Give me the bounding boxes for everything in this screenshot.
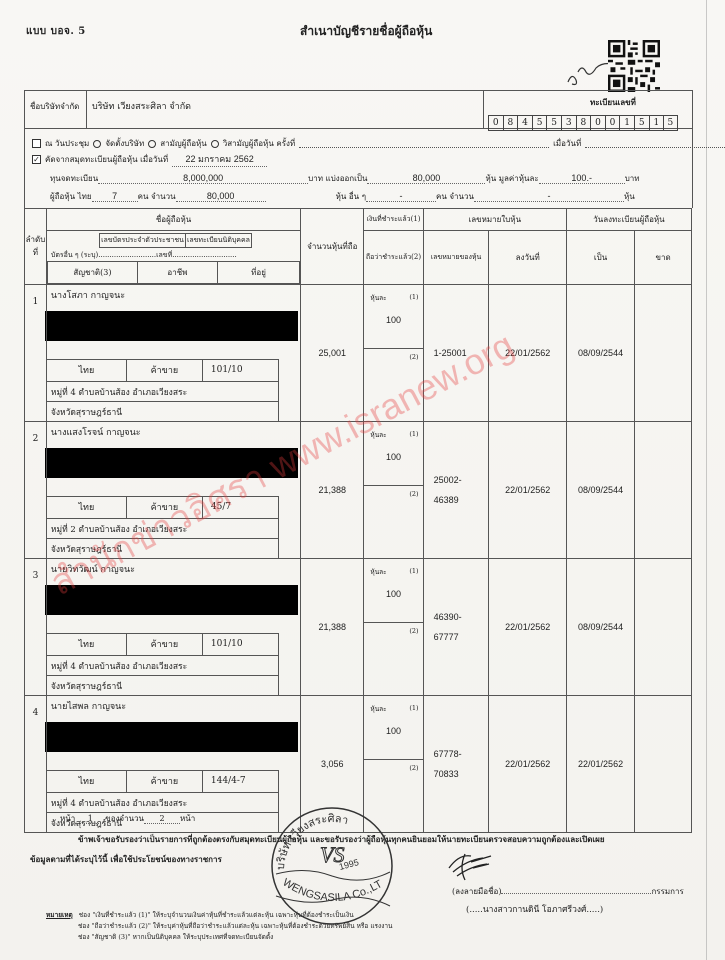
address-line-2: จังหวัดสุราษฎร์ธานี xyxy=(47,401,279,421)
radio-founding-label: จัดตั้งบริษัท xyxy=(105,137,144,150)
row-number: 2 xyxy=(25,421,47,558)
other-id-label: บัตรอื่น ๆ (ระบุ).......................… xyxy=(51,250,300,261)
id-type-juristic[interactable]: เลขทะเบียนนิติบุคคล xyxy=(185,233,252,248)
shareholder-table: ลำดับที่ ชื่อผู้ถือหุ้น จำนวนหุ้นที่ถือ … xyxy=(24,208,692,833)
house-number: 101/10 xyxy=(203,634,279,655)
address-line-2: จังหวัดสุราษฎร์ธานี xyxy=(47,675,279,695)
holder-details: ไทย ค้าขาย 101/10 xyxy=(47,633,279,655)
divider xyxy=(24,90,25,208)
radio-extraordinary[interactable] xyxy=(211,140,219,148)
registration-digit: 0 xyxy=(605,115,620,131)
signature-field xyxy=(501,893,651,894)
note-ref-1: (1) xyxy=(409,567,418,575)
par-value: 100.- xyxy=(539,173,625,184)
registration-digit: 8 xyxy=(576,115,591,131)
col-reg-group: วันลงทะเบียนผู้ถือหุ้น xyxy=(566,209,691,231)
col-ceased: ขาด xyxy=(635,231,692,285)
col-cert-date: ลงวันที่ xyxy=(489,231,566,285)
registered-date: 08/09/2544 xyxy=(566,284,634,421)
persons-amount-label: คน จำนวน xyxy=(138,190,176,203)
registration-digit: 1 xyxy=(649,115,664,131)
meeting-date-label: เมื่อวันที่ xyxy=(553,137,581,150)
holder-cell: นางโสภา กาญจนะ ไทย ค้าขาย 101/10 หมู่ที่… xyxy=(46,284,300,421)
registered-date: 22/01/2562 xyxy=(566,695,634,832)
ceased-date xyxy=(635,421,692,558)
baht-label: บาท xyxy=(625,172,640,185)
paid-value: 100 xyxy=(364,452,422,462)
note-ref-1: (1) xyxy=(409,704,418,712)
page-suffix: หน้า xyxy=(180,814,195,823)
reg-capital-value: 8,000,000 xyxy=(98,173,308,184)
thai-holders-label: ผู้ถือหุ้น ไทย xyxy=(50,190,92,203)
holder-name: นางโสภา กาญจนะ xyxy=(47,285,300,307)
meeting-prefix: ณ วันประชุม xyxy=(45,137,89,150)
address-line-1: หมู่ที่ 4 ตำบลบ้านส้อง อำเภอเวียงสระ xyxy=(47,792,279,812)
other-holders-label: หุ้น อื่น ๆ xyxy=(336,190,366,203)
par-label: หุ้น มูลค่าหุ้นละ xyxy=(485,172,538,185)
meeting-checkbox[interactable] xyxy=(32,139,41,148)
of-label: ของจำนวน xyxy=(105,814,144,823)
note-ref-1: (1) xyxy=(409,293,418,301)
ceased-date xyxy=(635,558,692,695)
nationality: ไทย xyxy=(47,771,127,792)
radio-extraordinary-label: วิสามัญผู้ถือหุ้น ครั้งที่ xyxy=(223,137,295,150)
col-deemed-paid: ถือว่าชำระแล้ว(2) xyxy=(364,231,423,285)
holder-cell: นางแสงโรจน์ กาญจนะ ไทย ค้าขาย 45/7 หมู่ท… xyxy=(46,421,300,558)
meeting-no-field[interactable] xyxy=(299,139,549,148)
house-number: 101/10 xyxy=(203,360,279,381)
holder-details: ไทย ค้าขาย 101/10 xyxy=(47,359,279,381)
registration-label: ทะเบียนเลขที่ xyxy=(590,96,636,109)
registration-digit: 5 xyxy=(634,115,649,131)
table-row: 2 นางแสงโรจน์ กาญจนะ ไทย ค้าขาย 45/7 หมู… xyxy=(25,421,692,558)
registered-date: 08/09/2544 xyxy=(566,421,634,558)
radio-ordinary-label: สามัญผู้ถือหุ้น xyxy=(160,137,207,150)
address-line-1: หมู่ที่ 4 ตำบลบ้านส้อง อำเภอเวียงสระ xyxy=(47,381,279,401)
thai-shares-value: 80,000 xyxy=(176,191,266,202)
address-line-1: หมู่ที่ 2 ตำบลบ้านส้อง อำเภอเวียงสระ xyxy=(47,518,279,538)
baht-divided-label: บาท แบ่งออกเป็น xyxy=(308,172,367,185)
redacted-id-block xyxy=(45,311,298,341)
table-row: 3 นายวิทวัฒน์ กาญจนะ ไทย ค้าขาย 101/10 ห… xyxy=(25,558,692,695)
divider xyxy=(24,90,692,91)
cert-date: 22/01/2562 xyxy=(489,695,566,832)
holder-details: ไทย ค้าขาย 45/7 xyxy=(47,496,279,518)
note-ref-1: (1) xyxy=(409,430,418,438)
holder-name: นางแสงโรจน์ กาญจนะ xyxy=(47,422,300,444)
shares-held: 21,388 xyxy=(301,558,364,695)
register-label: คัดจากสมุดทะเบียนผู้ถือหุ้น เมื่อวันที่ xyxy=(45,153,168,166)
shareholders-row: ผู้ถือหุ้น ไทย 7 คน จำนวน 80,000 หุ้น อื… xyxy=(50,190,635,203)
registration-digit: 3 xyxy=(561,115,576,131)
paid-prefix: หุ้นละ xyxy=(370,704,386,714)
meeting-date-field[interactable] xyxy=(585,139,725,148)
register-option-row: ✓ คัดจากสมุดทะเบียนผู้ถือหุ้น เมื่อวันที… xyxy=(32,152,267,167)
col-cert-no: เลขหมายของหุ้น xyxy=(423,231,489,285)
address-line-2: จังหวัดสุราษฎร์ธานี xyxy=(47,538,279,558)
registration-digit: 0 xyxy=(488,115,503,131)
col-cert-group: เลขหมายใบหุ้น xyxy=(423,209,566,231)
col-holder-name: ชื่อผู้ถือหุ้น xyxy=(46,209,300,231)
other-amount-label: คน จำนวน xyxy=(436,190,474,203)
registration-digit: 8 xyxy=(503,115,518,131)
paid-value: 100 xyxy=(364,589,422,599)
divider xyxy=(483,90,484,128)
address-line-1: หมู่ที่ 4 ตำบลบ้านส้อง อำเภอเวียงสระ xyxy=(47,655,279,675)
paid-cell: หุ้นละ (1) 100 (2) xyxy=(364,284,423,421)
id-type-strip: เลขบัตรประจำตัวประชาชน เลขทะเบียนนิติบุค… xyxy=(51,233,300,248)
note-ref-2: (2) xyxy=(409,764,418,772)
page-indicator: หน้า1ของจำนวน2หน้า xyxy=(60,812,195,825)
paid-prefix: หุ้นละ xyxy=(370,430,386,440)
form-code: แบบ บอจ. 5 xyxy=(26,24,86,39)
paid-value: 100 xyxy=(364,726,422,736)
register-date: 22 มกราคม 2562 xyxy=(172,152,267,167)
paid-cell: หุ้นละ (1) 100 (2) xyxy=(364,421,423,558)
register-checkbox[interactable]: ✓ xyxy=(32,155,41,164)
paid-value: 100 xyxy=(364,315,422,325)
cert-number: 1-25001 xyxy=(423,284,489,421)
house-number: 144/4-7 xyxy=(203,771,279,792)
reg-capital-label: ทุนจดทะเบียน xyxy=(50,172,98,185)
radio-ordinary[interactable] xyxy=(148,140,156,148)
registration-digit: 0 xyxy=(590,115,605,131)
registration-digit: 5 xyxy=(546,115,561,131)
notes-label: หมายเหตุ xyxy=(46,911,73,919)
registration-digit: 5 xyxy=(532,115,547,131)
holder-cell: นายวิทวัฒน์ กาญจนะ ไทย ค้าขาย 101/10 หมู… xyxy=(46,558,300,695)
redacted-id-block xyxy=(45,448,298,478)
thai-holders-value: 7 xyxy=(92,191,138,202)
company-label: ชื่อบริษัทจำกัด xyxy=(30,100,79,113)
qr-code-icon xyxy=(608,40,660,92)
registered-date: 08/09/2544 xyxy=(566,558,634,695)
holder-details: ไทย ค้าขาย 144/4-7 xyxy=(47,770,279,792)
ceased-date xyxy=(635,284,692,421)
occupation: ค้าขาย xyxy=(127,634,203,655)
radio-founding[interactable] xyxy=(93,140,101,148)
col-paid: เงินที่ชำระแล้ว(1) xyxy=(364,209,423,231)
ceased-date xyxy=(635,695,692,832)
other-holders-value: - xyxy=(366,191,436,202)
total-shares-value: 80,000 xyxy=(367,173,485,184)
paid-prefix: หุ้นละ xyxy=(370,293,386,303)
id-type-citizen[interactable]: เลขบัตรประจำตัวประชาชน xyxy=(99,233,185,248)
occupation: ค้าขาย xyxy=(127,360,203,381)
house-number: 45/7 xyxy=(203,497,279,518)
cert-date: 22/01/2562 xyxy=(489,421,566,558)
divider xyxy=(86,90,87,128)
cert-number: 67778- 70833 xyxy=(423,695,489,832)
col-occupation: อาชีพ xyxy=(137,262,217,283)
row-number: 3 xyxy=(25,558,47,695)
nationality: ไทย xyxy=(47,634,127,655)
shares-unit: หุ้น xyxy=(624,190,635,203)
total-pages: 2 xyxy=(144,814,180,824)
document-title: สำเนาบัญชีรายชื่อผู้ถือหุ้น xyxy=(300,22,432,41)
sign-label: (ลงลายมือชื่อ) xyxy=(452,887,501,896)
cert-number: 25002- 46389 xyxy=(423,421,489,558)
table-row: 1 นางโสภา กาญจนะ ไทย ค้าขาย 101/10 หมู่ท… xyxy=(25,284,692,421)
occupation: ค้าขาย xyxy=(127,497,203,518)
paid-cell: หุ้นละ (1) 100 (2) xyxy=(364,558,423,695)
sub-header: สัญชาติ(3) อาชีพ ที่อยู่ xyxy=(46,262,300,285)
signer-name: (.....นางสาวกานดินี โอภาศรีวงศ์.....) xyxy=(466,902,603,916)
registration-number: 0845538001515 xyxy=(488,115,678,131)
col-address: ที่อยู่ xyxy=(217,262,299,283)
cert-number: 46390- 67777 xyxy=(423,558,489,695)
page-label: หน้า xyxy=(60,814,75,823)
row-number: 4 xyxy=(25,695,47,832)
note-3: ช่อง "สัญชาติ (3)" หากเป็นนิติบุคคล ให้ร… xyxy=(46,932,392,943)
document-page: แบบ บอจ. 5 สำเนาบัญชีรายชื่อผู้ถือหุ้น ช… xyxy=(0,0,725,960)
cert-date: 22/01/2562 xyxy=(489,558,566,695)
holder-name: นายไสพล กาญจนะ xyxy=(47,696,300,718)
company-name: บริษัท เวียงสระศิลา จำกัด xyxy=(92,99,191,113)
redacted-id-block xyxy=(45,585,298,615)
occupation: ค้าขาย xyxy=(127,771,203,792)
director-signature-icon xyxy=(445,848,500,884)
registration-digit: 4 xyxy=(517,115,532,131)
capital-row: ทุนจดทะเบียน 8,000,000 บาท แบ่งออกเป็น 8… xyxy=(50,172,640,185)
note-ref-2: (2) xyxy=(409,353,418,361)
holder-name: นายวิทวัฒน์ กาญจนะ xyxy=(47,559,300,581)
shares-held: 25,001 xyxy=(301,284,364,421)
signer-role: กรรมการ xyxy=(651,887,683,896)
redacted-id-block xyxy=(45,722,298,752)
col-shares-held: จำนวนหุ้นที่ถือ xyxy=(301,209,364,285)
row-number: 1 xyxy=(25,284,47,421)
col-became: เป็น xyxy=(566,231,634,285)
nationality: ไทย xyxy=(47,360,127,381)
col-no: ลำดับที่ xyxy=(25,209,47,285)
shares-held: 21,388 xyxy=(301,421,364,558)
other-shares-value: - xyxy=(474,191,624,202)
note-ref-2: (2) xyxy=(409,627,418,635)
meeting-option-row: ณ วันประชุม จัดตั้งบริษัท สามัญผู้ถือหุ้… xyxy=(32,137,725,150)
id-type-row: เลขบัตรประจำตัวประชาชน เลขทะเบียนนิติบุค… xyxy=(46,231,300,262)
signature-line: (ลงลายมือชื่อ)กรรมการ xyxy=(452,885,684,898)
page-number: 1 xyxy=(75,814,105,824)
note-ref-2: (2) xyxy=(409,490,418,498)
col-nationality: สัญชาติ(3) xyxy=(47,262,137,283)
paid-prefix: หุ้นละ xyxy=(370,567,386,577)
certification-line-2: ข้อมูลตามที่ได้ระบุไว้นี้ เพื่อใช้ประโยช… xyxy=(30,853,222,866)
company-seal-icon: บริษัท เวียงสระศิลา VS 1995 WENGSASILA C… xyxy=(262,800,402,930)
registration-digit: 1 xyxy=(619,115,634,131)
cert-date: 22/01/2562 xyxy=(489,284,566,421)
nationality: ไทย xyxy=(47,497,127,518)
registration-digit: 5 xyxy=(663,115,678,131)
